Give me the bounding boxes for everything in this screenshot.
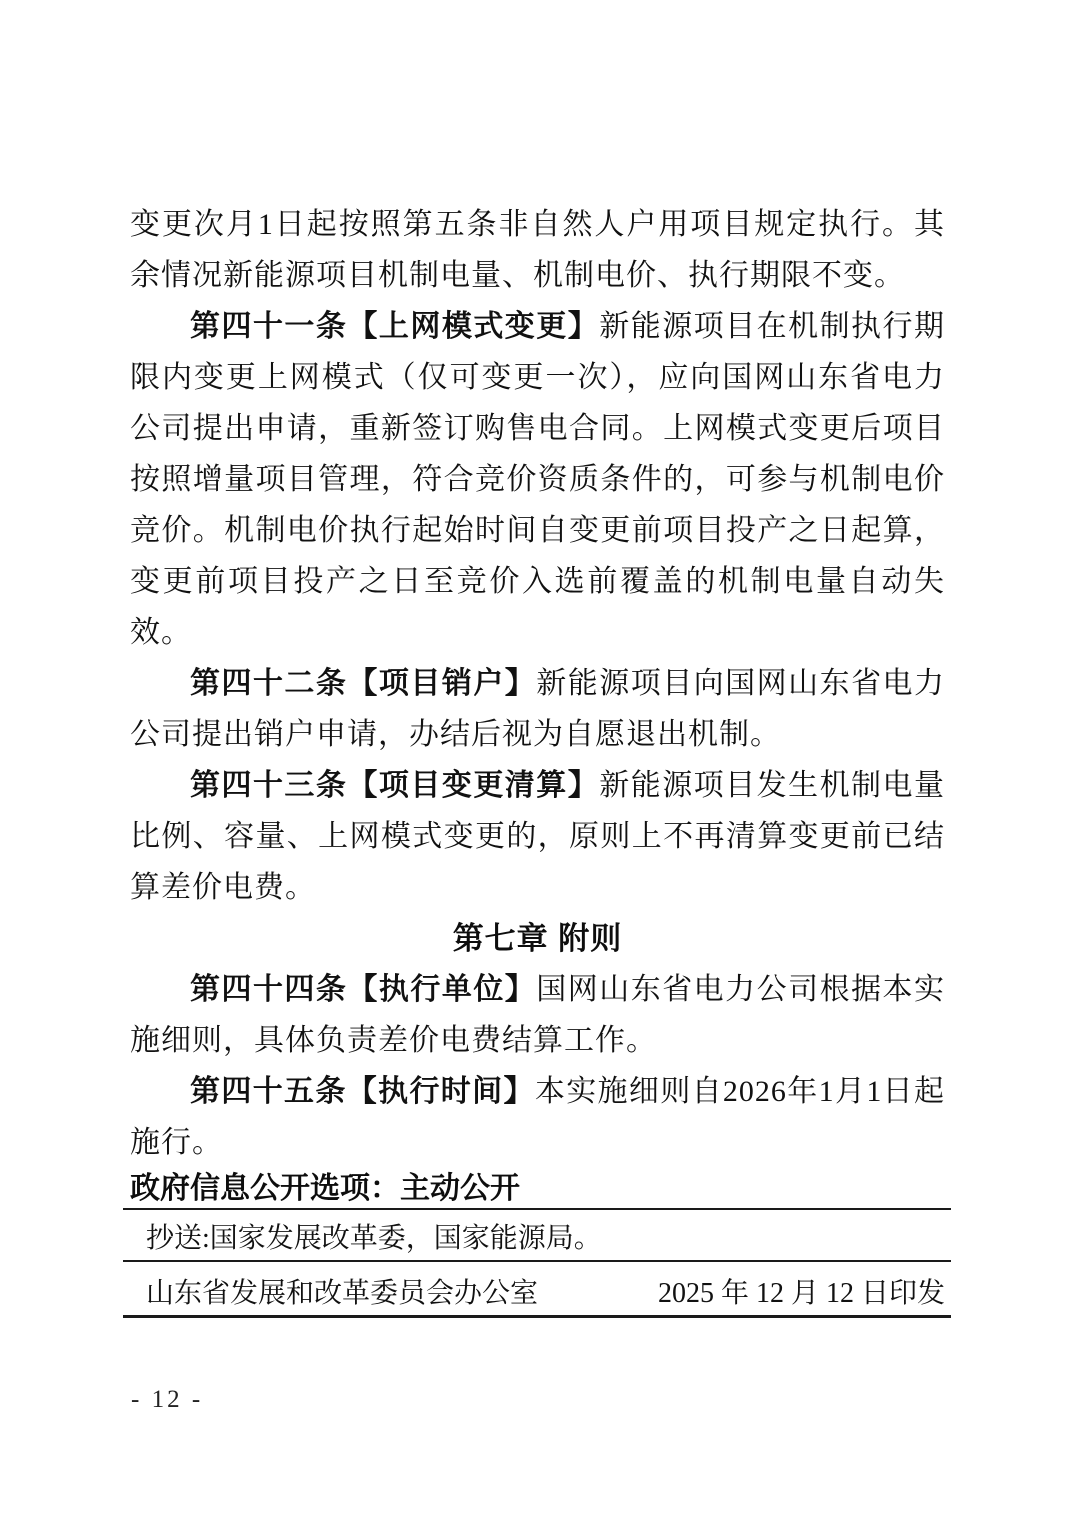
article-41: 第四十一条【上网模式变更】新能源项目在机制执行期限内变更上网模式（仅可变更一次）… xyxy=(130,301,945,658)
article-number: 第四十三条 xyxy=(190,769,347,802)
cc-line: 抄送:国家发展改革委，国家能源局。 xyxy=(146,1221,946,1257)
article-43: 第四十三条【项目变更清算】新能源项目发生机制电量比例、容量、上网模式变更的，原则… xyxy=(130,760,945,913)
article-44: 第四十四条【执行单位】国网山东省电力公司根据本实施细则，具体负责差价电费结算工作… xyxy=(130,964,945,1066)
article-title: 【执行单位】 xyxy=(347,973,536,1006)
print-date: 2025 年 12 月 12 日印发 xyxy=(658,1276,945,1312)
document-body: 变更次月1日起按照第五条非自然人户用项目规定执行。其余情况新能源项目机制电量、机… xyxy=(130,199,945,1168)
printer-row: 山东省发展和改革委员会办公室 2025 年 12 月 12 日印发 xyxy=(146,1276,945,1312)
paragraph-continuation: 变更次月1日起按照第五条非自然人户用项目规定执行。其余情况新能源项目机制电量、机… xyxy=(130,199,945,301)
article-number: 第四十五条 xyxy=(190,1075,347,1108)
disclosure-line: 政府信息公开选项：主动公开 xyxy=(130,1170,520,1208)
chapter-heading: 第七章 附则 xyxy=(130,913,945,964)
article-number: 第四十一条 xyxy=(190,310,347,343)
footer-rule-bottom xyxy=(123,1315,951,1318)
paragraph-text: 变更次月1日起按照第五条非自然人户用项目规定执行。其余情况新能源项目机制电量、机… xyxy=(130,208,945,292)
article-title: 【上网模式变更】 xyxy=(347,310,599,343)
issuer-office: 山东省发展和改革委员会办公室 xyxy=(146,1276,538,1312)
article-title: 【项目销户】 xyxy=(347,667,536,700)
footer-rule-middle xyxy=(123,1260,951,1262)
article-number: 第四十二条 xyxy=(190,667,347,700)
document-page: 变更次月1日起按照第五条非自然人户用项目规定执行。其余情况新能源项目机制电量、机… xyxy=(0,0,1080,1528)
footer-rule-top xyxy=(123,1208,951,1210)
article-45: 第四十五条【执行时间】本实施细则自2026年1月1日起施行。 xyxy=(130,1066,945,1168)
page-number: - 12 - xyxy=(131,1386,203,1414)
article-42: 第四十二条【项目销户】新能源项目向国网山东省电力公司提出销户申请，办结后视为自愿… xyxy=(130,658,945,760)
article-title: 【执行时间】 xyxy=(347,1075,535,1108)
article-number: 第四十四条 xyxy=(190,973,347,1006)
article-title: 【项目变更清算】 xyxy=(347,769,599,802)
paragraph-text: 新能源项目在机制执行期限内变更上网模式（仅可变更一次），应向国网山东省电力公司提… xyxy=(130,310,945,649)
